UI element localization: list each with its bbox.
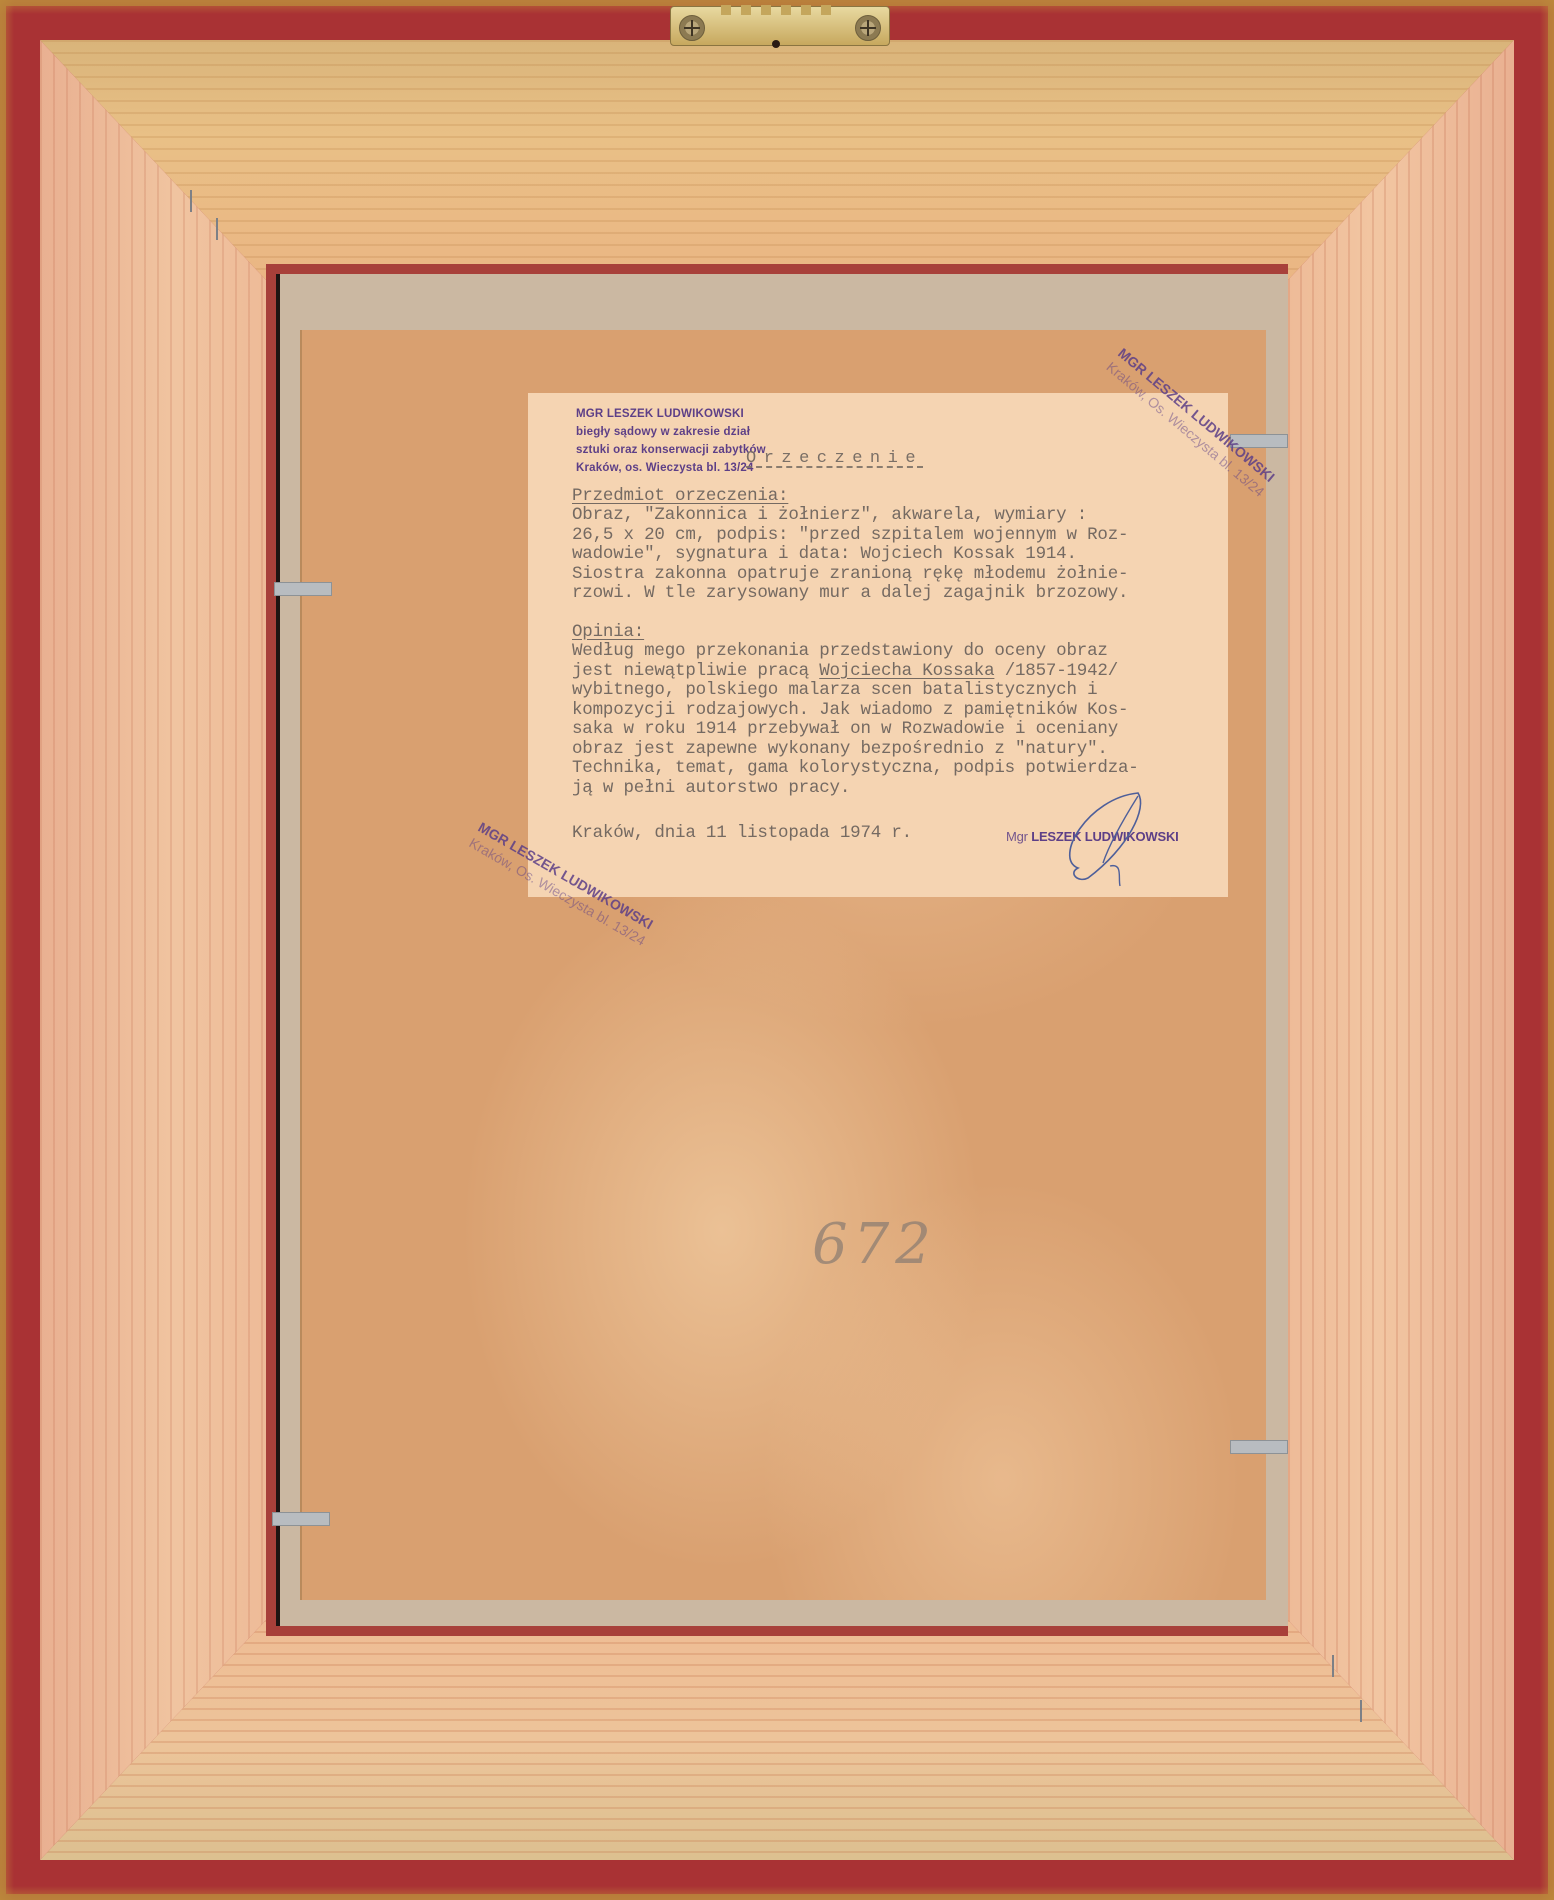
signature-prefix: Mgr (1006, 829, 1028, 844)
opinion-text: jest niewątpliwie pracą (572, 661, 819, 681)
opinion-line: Technika, temat, gama kolorystyczna, pod… (572, 759, 1222, 779)
frame-wood-top (40, 40, 1514, 280)
screw-icon (855, 15, 881, 41)
subject-line: 26,5 x 20 cm, podpis: "przed szpitalem w… (572, 526, 1222, 546)
letterhead-line: MGR LESZEK LUDWIKOWSKI (576, 405, 816, 423)
staple-icon (1332, 1655, 1334, 1677)
nail-hole (772, 40, 780, 48)
subject-line: rzowi. W tle zarysowany mur a dalej zaga… (572, 584, 1222, 604)
staple-icon (1360, 1700, 1362, 1722)
handwritten-signature-icon (1048, 788, 1158, 888)
hanger-teeth (721, 5, 841, 15)
staple-icon (190, 190, 192, 212)
sawtooth-hanger-icon (670, 6, 890, 46)
place-and-date: Kraków, dnia 11 listopada 1974 r. (572, 824, 912, 844)
opinion-line: wybitnego, polskiego malarza scen batali… (572, 681, 1222, 701)
artist-dates: /1857-1942/ (994, 661, 1118, 681)
turn-button-clip-icon (1230, 1440, 1288, 1454)
frame-wood-right (1288, 40, 1514, 1860)
frame-wood-left (40, 40, 266, 1860)
pencil-inventory-number: 672 (812, 1212, 937, 1277)
turn-button-clip-icon (272, 1512, 330, 1526)
frame-wood-bottom (40, 1620, 1514, 1860)
opinion-line: obraz jest zapewne wykonany bezpośrednio… (572, 740, 1222, 760)
expert-opinion-certificate: MGR LESZEK LUDWIKOWSKI biegły sądowy w z… (528, 393, 1228, 897)
staple-icon (216, 218, 218, 240)
certificate-title: Orzeczenie (746, 449, 923, 469)
subject-line: Siostra zakonna opatruje zranioną rękę m… (572, 565, 1222, 585)
subject-heading: Przedmiot orzeczenia: (572, 487, 788, 507)
screw-icon (679, 15, 705, 41)
subject-line: Obraz, "Zakonnica i żołnierz", akwarela,… (572, 506, 1222, 526)
letterhead-line: biegły sądowy w zakresie dział (576, 423, 816, 441)
opinion-line: jest niewątpliwie pracą Wojciecha Kossak… (572, 662, 1222, 682)
subject-line: wadowie", sygnatura i data: Wojciech Kos… (572, 545, 1222, 565)
turn-button-clip-icon (274, 582, 332, 596)
opinion-line: saka w roku 1914 przebywał on w Rozwadow… (572, 720, 1222, 740)
opinion-line: kompozycji rodzajowych. Jak wiadomo z pa… (572, 701, 1222, 721)
opinion-heading: Opinia: (572, 623, 644, 643)
opinion-line: Według mego przekonania przedstawiony do… (572, 642, 1222, 662)
artist-name: Wojciecha Kossaka (819, 661, 994, 681)
